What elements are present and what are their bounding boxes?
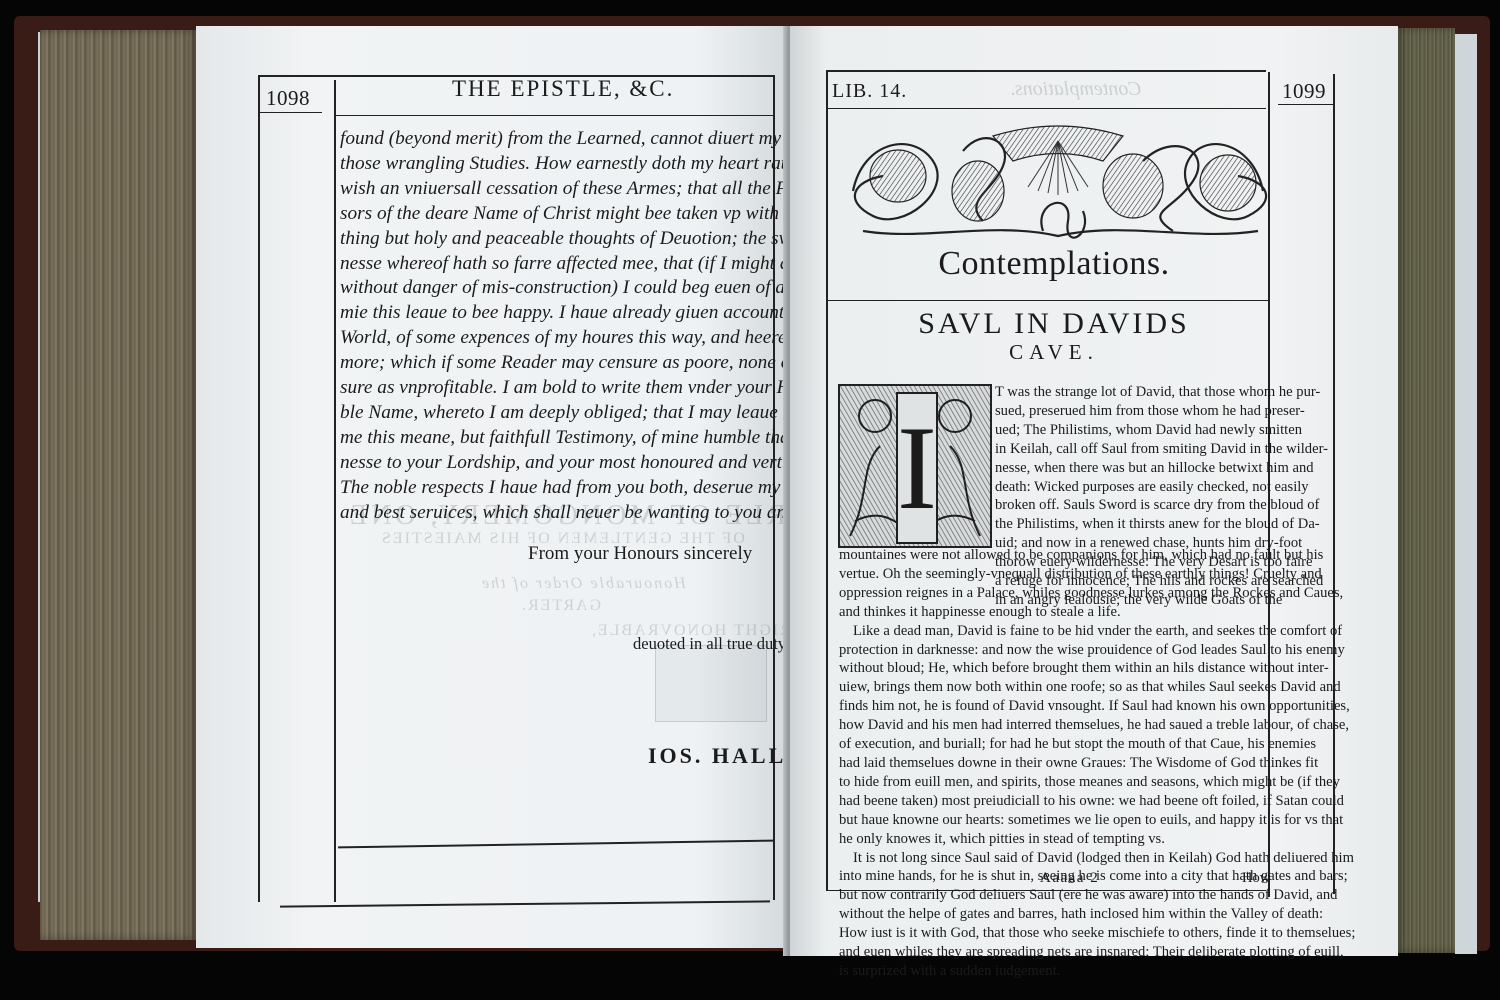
text-line: sure as vnprofitable. I am bold to write… [340,376,772,401]
right-endpaper [1455,34,1477,954]
text-line: without the helpe of gates and barres, h… [839,905,1269,924]
text-line: without danger of mis-construction) I co… [340,276,772,301]
show-through-text: GARTER. [520,597,601,615]
page-number: 1098 [266,86,310,111]
text-line: World, of some expences of my houres thi… [340,326,772,351]
text-line: How iust is it with God, that those who … [839,924,1269,943]
text-line: uiew, brings them now both within one ro… [839,678,1269,697]
chapter-title-continued: CAVE. [838,340,1270,365]
text-line: the Philistims, when it thirsts anew for… [995,515,1269,534]
text-line: is surprized with a sudden iudgement. [839,962,1269,981]
title-rule [828,300,1268,301]
text-line: and thinkes it happinesse enough to stea… [839,603,1269,622]
frame-left-rule [826,70,828,890]
text-line: me this meane, but faithfull Testimony, … [340,426,772,451]
text-line: vertue. Oh the seemingly-vnequall distri… [839,565,1269,584]
text-line: T was the strange lot of David, that tho… [995,383,1269,402]
left-page-block-edge [40,30,198,940]
epistle-body-text: found (beyond merit) from the Learned, c… [340,127,772,526]
text-line: those wrangling Studies. How earnestly d… [340,152,772,177]
text-line: and best seruices, which shall neuer be … [340,501,772,526]
text-line: nesse to your Lordship, and your most ho… [340,451,772,476]
closing-salutation: From your Honours sincerely [528,543,752,565]
show-through-initial [655,645,767,722]
text-line: sors of the deare Name of Christ might b… [340,202,772,227]
show-through-text: Contemplations. [1010,78,1142,101]
text-line: death: Wicked purposes are easily checke… [995,478,1269,497]
head-rule [334,115,774,116]
text-line: without bloud; He, which before brought … [839,659,1269,678]
text-line: mountaines were not allowed to be compan… [839,546,1269,565]
author-signature: IOS. HALL. [648,743,795,769]
section-title: Contemplations. [838,245,1270,283]
text-line: found (beyond merit) from the Learned, c… [340,127,772,152]
signature-mark: Aaaaa 2 [1040,870,1099,887]
drop-cap-letter: I [896,392,938,544]
folio-rule [258,112,322,113]
text-line: and euen whiles they are spreading nets … [839,943,1269,962]
text-line: The noble respects I haue had from you b… [340,476,772,501]
text-line: protection in darknesse: and now the wis… [839,641,1269,660]
catchword: How [1242,870,1270,887]
text-line: Like a dead man, David is faine to be hi… [839,622,1269,641]
chapter-title: SAVL IN DAVIDS [838,308,1270,339]
text-line: ued; The Philistims, whom David had newl… [995,421,1269,440]
woodcut-headpiece [843,121,1273,246]
text-line: of execution, and buriall; for had he bu… [839,735,1269,754]
text-line: in Keilah, call off Saul from smiting Da… [995,440,1269,459]
text-line: had laid themselues downe in their owne … [839,754,1269,773]
show-through-text: Honourable Order of the [480,575,686,593]
drop-cap-initial: I [838,384,992,548]
text-line: more; which if some Reader may censure a… [340,351,772,376]
text-line: nesse whereof hath so farre affected mee… [340,252,772,277]
frame-margin-rule [334,80,336,902]
text-line: to hide from euill men, and spirits, tho… [839,773,1269,792]
text-line: wish an vniuersall cessation of these Ar… [340,177,772,202]
closing-devotion: deuoted in all true duty, [633,634,789,654]
right-page-block-edge [1395,28,1455,953]
page-number: 1099 [1282,79,1326,104]
text-line: had beene taken) most preiudiciall to hi… [839,792,1269,811]
text-line: finds him not, he is found of David vnso… [839,697,1269,716]
text-line: mie this leaue to bee happy. I haue alre… [340,301,772,326]
chapter-body-full: mountaines were not allowed to be compan… [839,546,1269,981]
frame-outer-right-rule [1333,74,1335,894]
folio-rule [1278,104,1333,105]
text-line: he only knowes it, which pitties in stea… [839,830,1269,849]
text-line: but haue knowne our hearts: sometimes we… [839,811,1269,830]
text-line: ble Name, whereto I am deeply obliged; t… [340,401,772,426]
frame-top-rule [826,70,1266,72]
text-line: thing but holy and peaceable thoughts of… [340,227,772,252]
running-head: LIB. 14. [832,80,907,103]
running-head: THE EPISTLE, &C. [452,76,674,102]
text-line: nesse, when there was but an hillocke be… [995,459,1269,478]
head-rule [826,108,1266,109]
text-line: oppression reignes in a Palace, whiles g… [839,584,1269,603]
text-line: broken off. Sauls Sword is scarce dry fr… [995,496,1269,515]
text-line: how David and his men had interred thems… [839,716,1269,735]
frame-outer-left-rule [258,76,260,902]
ornament-scrollwork-icon [843,121,1273,246]
text-line: sued, preserued him from those whom he h… [995,402,1269,421]
text-line: It is not long since Saul said of David … [839,849,1269,868]
text-line: but now contrarily God deliuers Saul (er… [839,886,1269,905]
